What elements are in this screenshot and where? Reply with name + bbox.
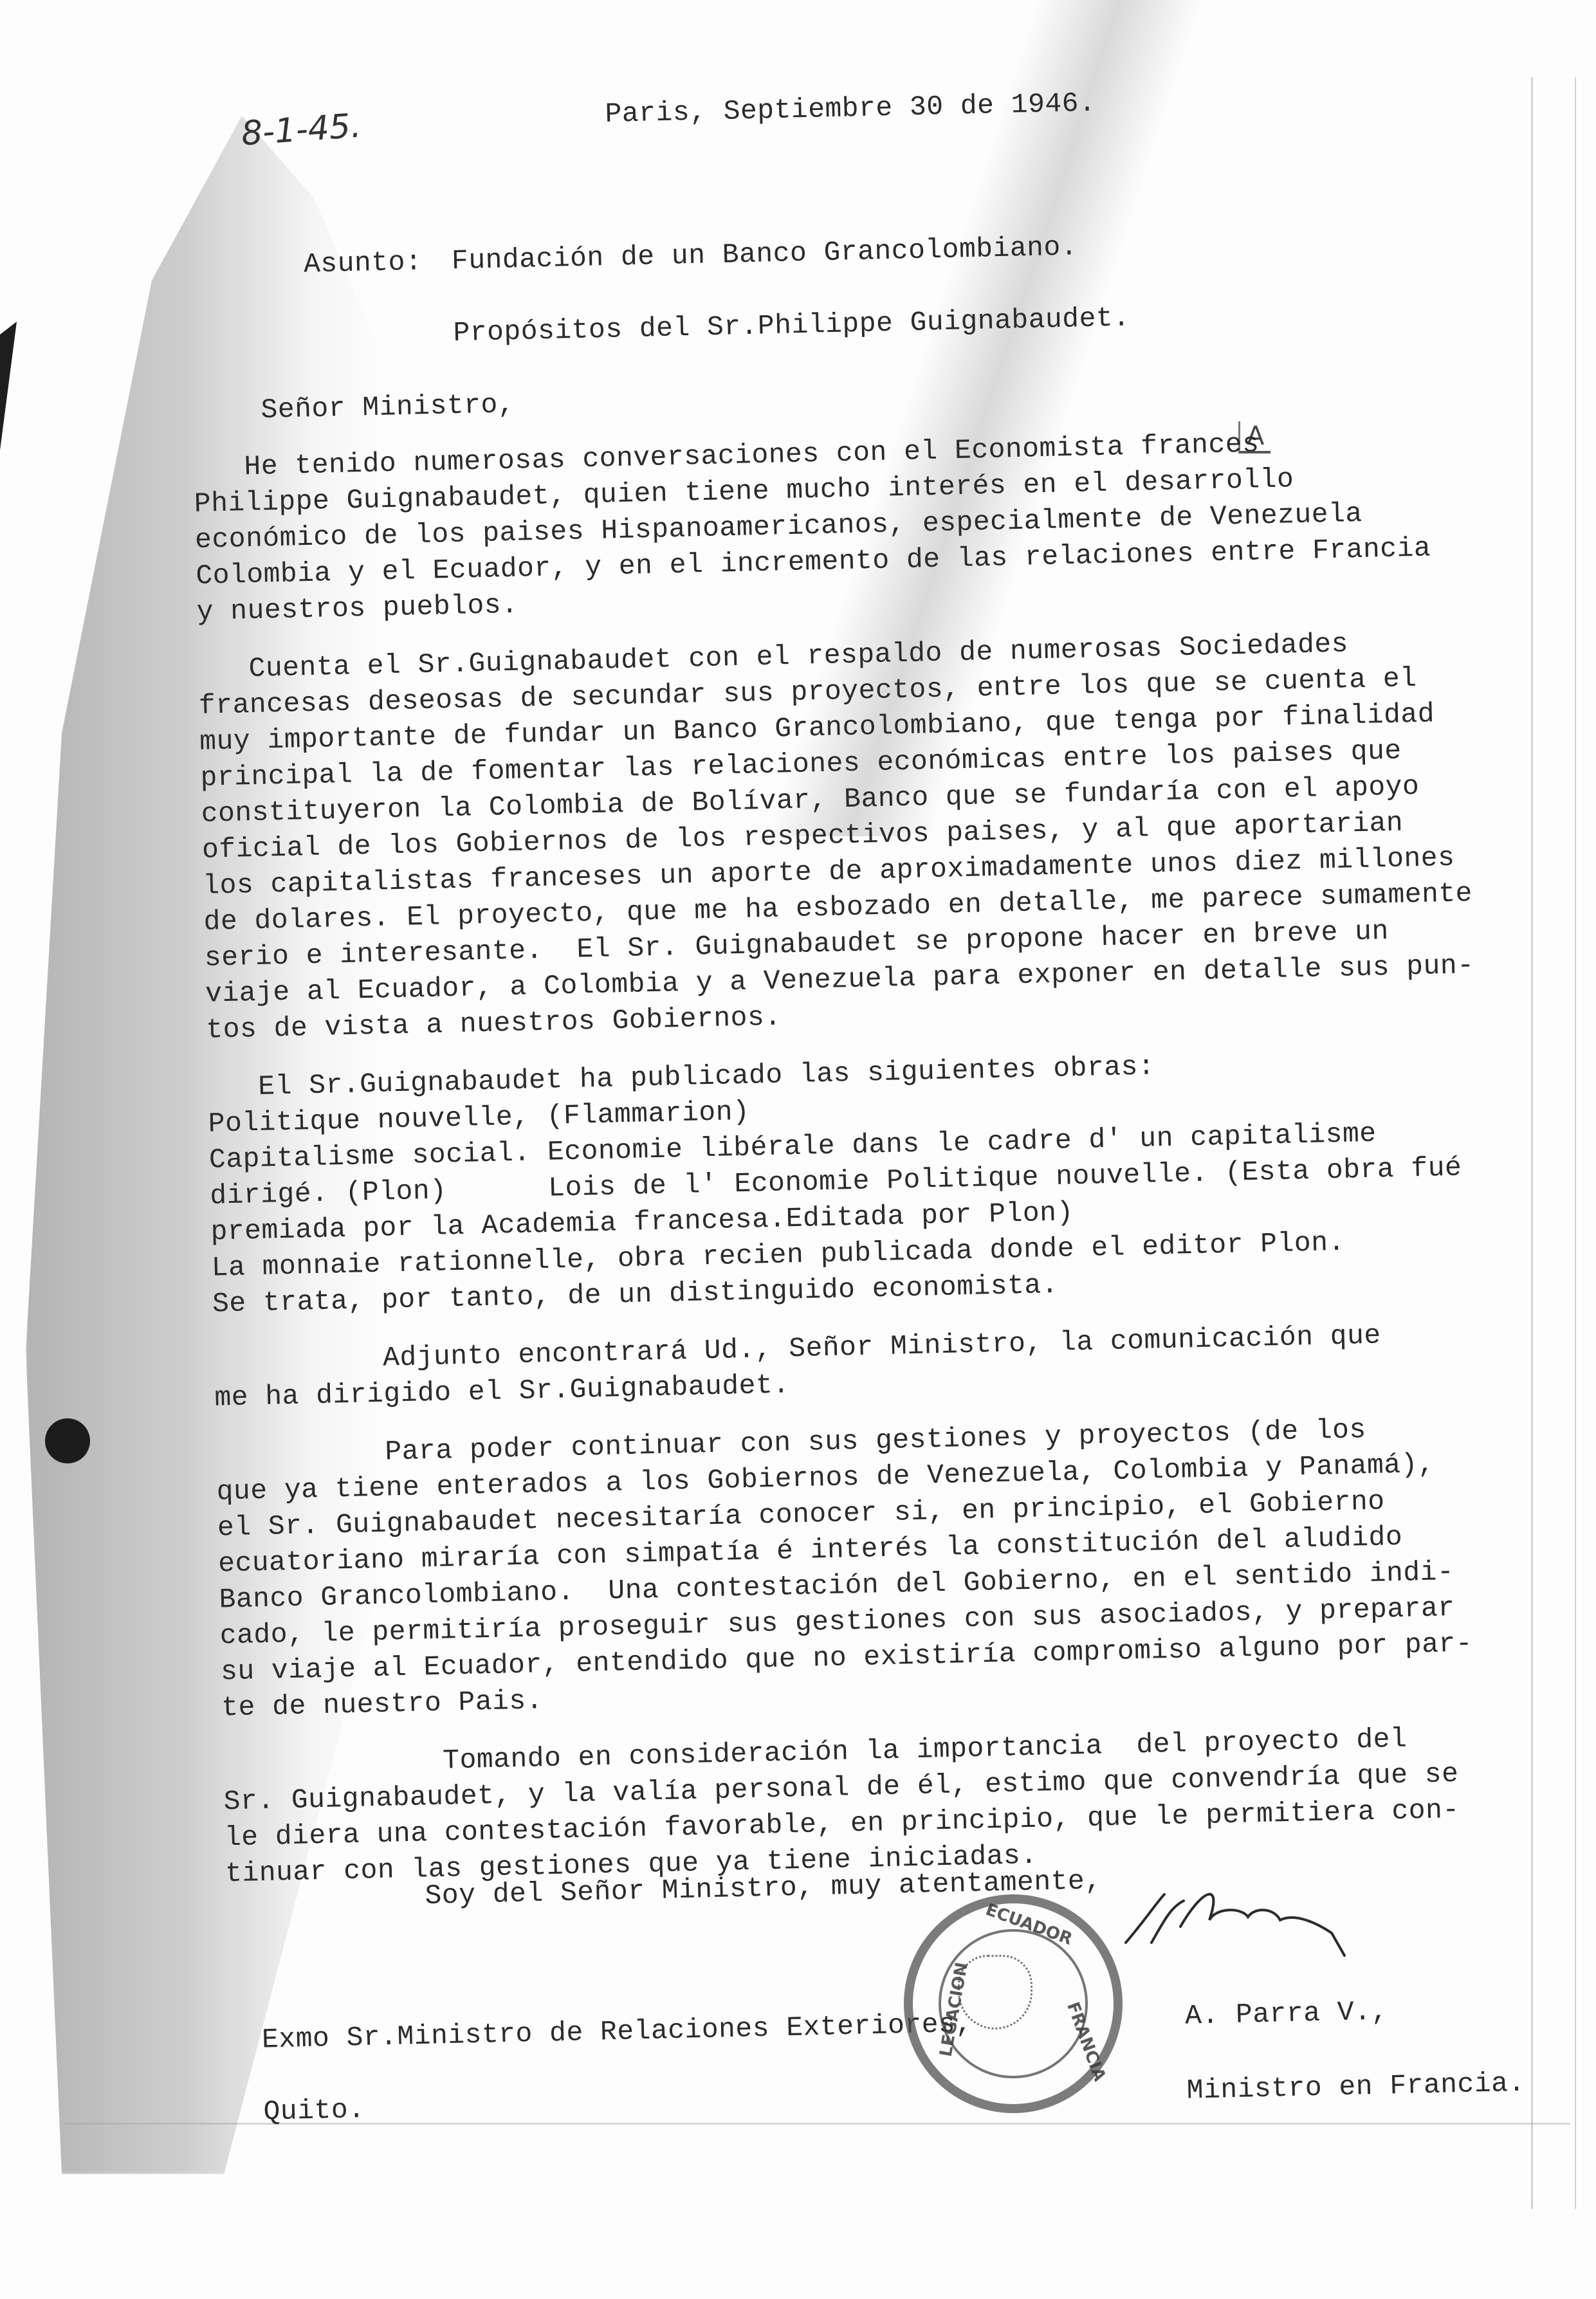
legation-seal: ECUADOR LEGACION FRANCIA: [904, 1894, 1123, 2113]
punch-hole: [45, 1418, 90, 1463]
subject-line-2: Propósitos del Sr.Philippe Guignabaudet.: [453, 302, 1130, 349]
handwritten-signature: [1119, 1882, 1351, 1959]
letter-body: He tenido numerosas conversaciones con e…: [193, 421, 1512, 1914]
addressee-line: Exmo Sr.Ministro de Relaciones Exteriore…: [262, 2008, 973, 2056]
body-paragraph: He tenido numerosas conversaciones con e…: [193, 421, 1483, 630]
body-paragraph: Cuenta el Sr.Guignabaudet con el respald…: [197, 623, 1492, 1049]
addressee: Exmo Sr.Ministro de Relaciones Exteriore…: [193, 1970, 975, 2168]
salutation: Señor Ministro,: [261, 387, 515, 428]
subject-line-1: Fundación de un Banco Grancolombiano.: [451, 231, 1078, 277]
addressee-city: Quito.: [263, 2094, 365, 2128]
scanned-letter-page: 8-1-45. Paris, Septiembre 30 de 1946. As…: [0, 0, 1596, 2299]
body-paragraph: Tomando en consideración la importancia …: [223, 1719, 1512, 1892]
signer-title: Ministro en Francia.: [1186, 2067, 1525, 2107]
body-paragraph: Para poder continuar con sus gestiones y…: [216, 1409, 1509, 1726]
scan-edge-line: [1531, 77, 1533, 2209]
subject-label: Asunto:: [303, 243, 452, 282]
subject-block: Asunto:Fundación de un Banco Grancolombi…: [235, 192, 1131, 392]
edge-mark: [0, 322, 17, 450]
body-paragraph: Adjunto encontrará Ud., Señor Ministro, …: [214, 1315, 1501, 1416]
body-paragraph: El Sr.Guignabaudet ha publicado las sigu…: [207, 1041, 1499, 1322]
handwritten-reference-note: 8-1-45.: [240, 107, 362, 154]
signer-block: A. Parra V., Ministro en Francia.: [1116, 1953, 1527, 2148]
subject-indent: [306, 340, 454, 343]
signer-name: A. Parra V.,: [1185, 1995, 1389, 2031]
scan-edge-line: [1575, 77, 1576, 2209]
